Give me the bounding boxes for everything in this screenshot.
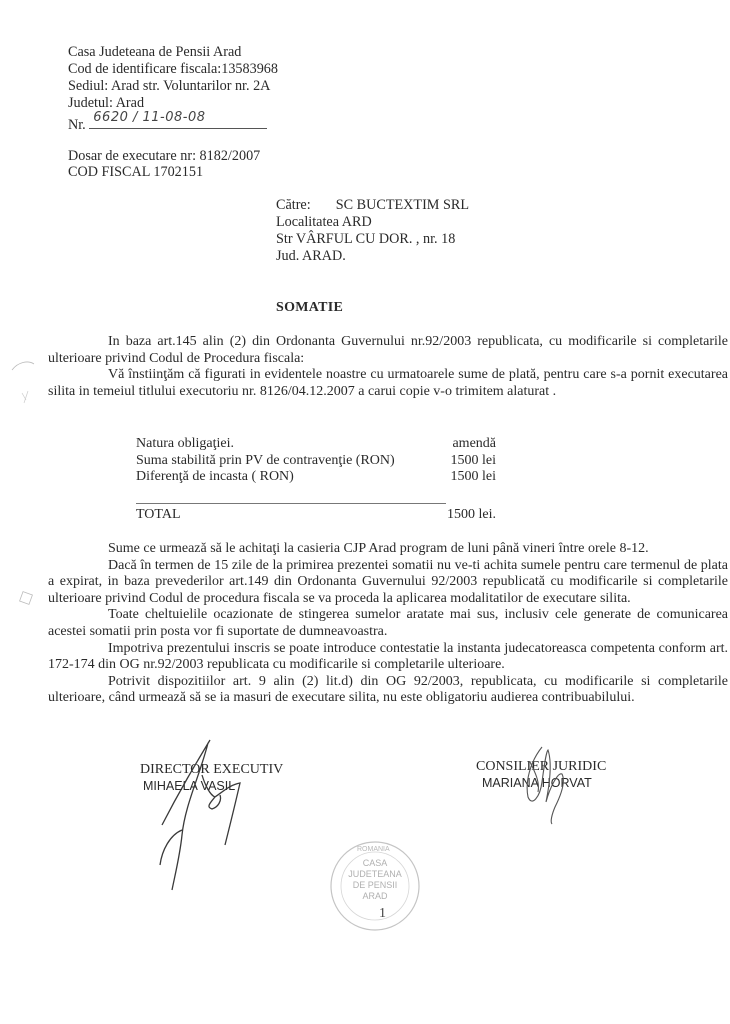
stamp-line-3: DE PENSII xyxy=(345,880,405,891)
obligation-label: Diferenţă de incasta ( RON) xyxy=(136,469,294,486)
obligation-label: Suma stabilită prin PV de contravenţie (… xyxy=(136,453,395,470)
stamp-arc-text: ROMANIA xyxy=(357,846,390,853)
recipient-company: SC BUCTEXTIM SRL xyxy=(336,197,469,213)
body-paragraph-costs: Toate cheltuielile ocazionate de stinger… xyxy=(48,607,728,640)
stamp-line-2: JUDETEANA xyxy=(345,869,405,880)
recipient-locality: Localitatea ARD xyxy=(276,214,372,231)
intro-paragraph-notice: Vă înstiinţăm că figurati in evidentele … xyxy=(48,367,728,400)
total-row: TOTAL 1500 lei. xyxy=(136,507,496,524)
cod-fiscal: COD FISCAL 1702151 xyxy=(68,164,203,181)
body-paragraph-deadline: Dacă în termen de 15 zile de la primirea… xyxy=(48,558,728,608)
intro-paragraph-legal-basis: In baza art.145 alin (2) din Ordonanta G… xyxy=(48,334,728,367)
page-number: 1 xyxy=(379,906,386,922)
obligation-row: Diferenţă de incasta ( RON) 1500 lei xyxy=(136,469,496,486)
total-divider xyxy=(136,503,446,504)
body-paragraph-contest: Impotriva prezentului inscris se poate i… xyxy=(48,641,728,674)
recipient-street: Str VÂRFUL CU DOR. , nr. 18 xyxy=(276,231,455,248)
registration-number: Nr. 6620 / 11-08-08 xyxy=(68,112,267,134)
body-section: Sume ce urmează să le achitaţi la casier… xyxy=(48,541,728,707)
stamp-line-4: ARAD xyxy=(353,891,397,902)
legal-advisor-signature-icon xyxy=(510,742,580,832)
document-title: SOMATIE xyxy=(276,300,343,316)
obligation-value: amendă xyxy=(416,436,496,453)
recipient-line: Către: SC BUCTEXTIM SRL xyxy=(276,197,469,214)
obligation-row: Natura obligaţiei. amendă xyxy=(136,436,496,453)
recipient-to-label: Către: xyxy=(276,197,311,213)
obligation-value: 1500 lei xyxy=(416,453,496,470)
nr-handwritten-line: 6620 / 11-08-08 xyxy=(89,112,267,129)
fiscal-id: Cod de identificare fiscala:13583968 xyxy=(68,61,278,78)
nr-label: Nr. xyxy=(68,117,86,133)
body-paragraph-payment: Sume ce urmează să le achitaţi la casier… xyxy=(48,541,728,558)
obligation-label: Natura obligaţiei. xyxy=(136,436,234,453)
obligations-table: Natura obligaţiei. amendă Suma stabilită… xyxy=(136,436,496,486)
scan-mark-icon xyxy=(10,348,50,408)
obligation-value: 1500 lei xyxy=(416,469,496,486)
stamp-line-1: CASA xyxy=(353,858,397,869)
recipient-county: Jud. ARAD. xyxy=(276,248,346,265)
director-signature-icon xyxy=(140,735,260,895)
dosar-number: Dosar de executare nr: 8182/2007 xyxy=(68,148,260,165)
nr-handwritten: 6620 / 11-08-08 xyxy=(93,110,205,127)
obligation-row: Suma stabilită prin PV de contravenţie (… xyxy=(136,453,496,470)
institution-name: Casa Judeteana de Pensii Arad xyxy=(68,44,241,61)
intro-section: In baza art.145 alin (2) din Ordonanta G… xyxy=(48,334,728,400)
total-label: TOTAL xyxy=(136,507,181,524)
total-value: 1500 lei. xyxy=(416,507,496,524)
institution-address: Sediul: Arad str. Voluntarilor nr. 2A xyxy=(68,78,270,95)
scan-smudge-icon xyxy=(18,590,38,610)
body-paragraph-hearing: Potrivit dispozitiilor art. 9 alin (2) l… xyxy=(48,674,728,707)
